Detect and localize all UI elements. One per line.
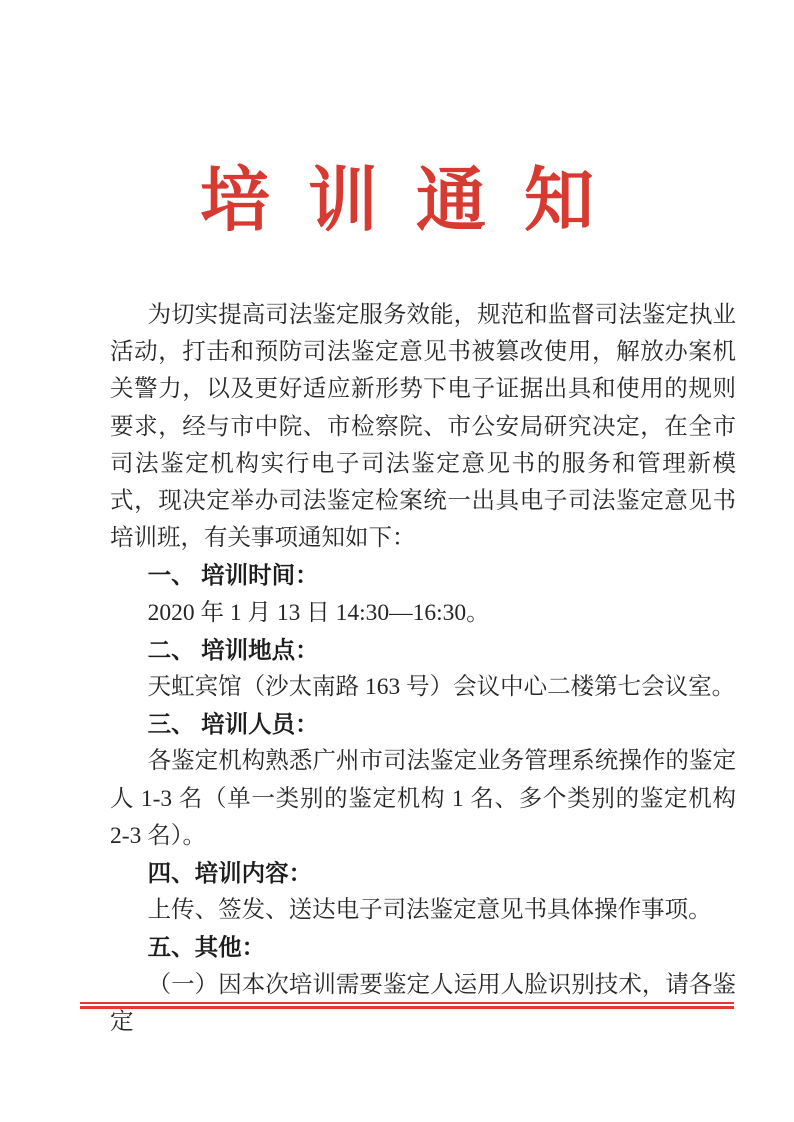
document-title: 培 训 通 知 xyxy=(0,160,794,244)
section-3-heading-training-personnel: 三、 培训人员： xyxy=(110,706,736,743)
footer-double-rule xyxy=(80,1002,734,1009)
section-1-heading-training-time: 一、 培训时间： xyxy=(110,557,736,594)
title-char-3: 通 xyxy=(416,160,486,244)
title-char-1: 培 xyxy=(200,160,270,244)
section-5-heading-other: 五、其他： xyxy=(110,929,736,966)
section-1-body-training-time: 2020 年 1 月 13 日 14:30—16:30。 xyxy=(110,595,736,632)
document-body: 为切实提高司法鉴定服务效能，规范和监督司法鉴定执业活动，打击和预防司法鉴定意见书… xyxy=(110,297,736,1041)
title-char-2: 训 xyxy=(308,160,378,244)
section-2-body-training-location: 天虹宾馆（沙太南路 163 号）会议中心二楼第七会议室。 xyxy=(110,669,736,706)
title-char-4: 知 xyxy=(524,160,594,244)
section-2-heading-training-location: 二、 培训地点： xyxy=(110,632,736,669)
intro-paragraph: 为切实提高司法鉴定服务效能，规范和监督司法鉴定执业活动，打击和预防司法鉴定意见书… xyxy=(110,297,736,557)
section-4-body-training-content: 上传、签发、送达电子司法鉴定意见书具体操作事项。 xyxy=(110,892,736,929)
section-3-body-training-personnel: 各鉴定机构熟悉广州市司法鉴定业务管理系统操作的鉴定人 1-3 名（单一类别的鉴定… xyxy=(110,743,736,855)
document-page: 培 训 通 知 为切实提高司法鉴定服务效能，规范和监督司法鉴定执业活动，打击和预… xyxy=(0,0,794,1122)
section-4-heading-training-content: 四、培训内容： xyxy=(110,855,736,892)
